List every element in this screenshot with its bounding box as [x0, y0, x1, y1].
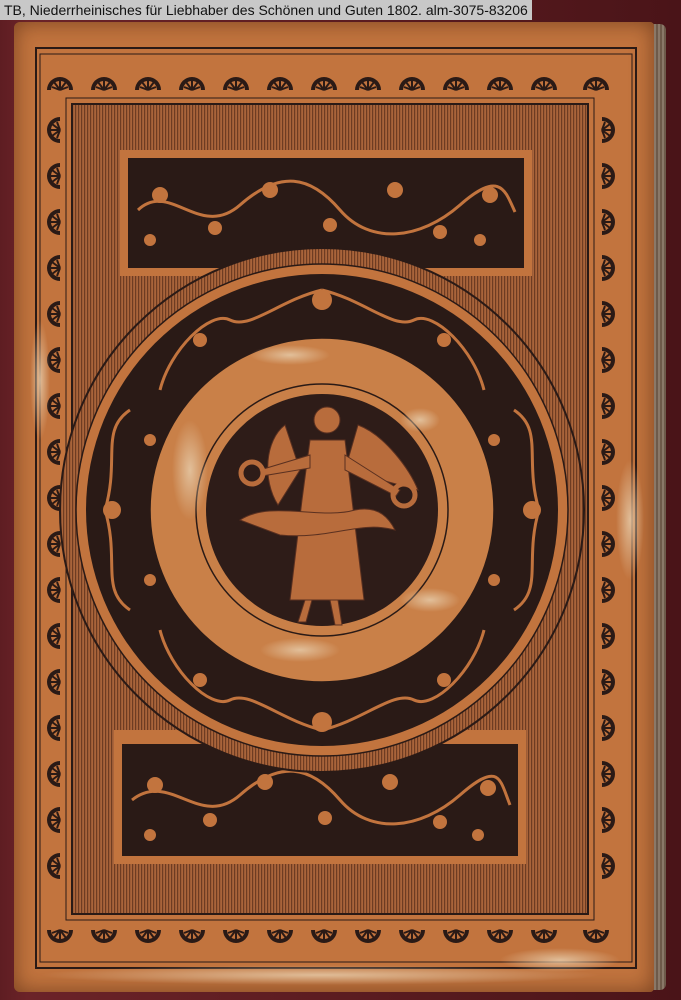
cover-ornament — [0, 0, 681, 1000]
palmette-border-left — [47, 117, 60, 879]
image-caption: TB, Niederrheinisches für Liebhaber des … — [0, 0, 532, 20]
palmette-border-right — [602, 117, 615, 879]
palmette-border-bottom — [47, 930, 609, 943]
palmette-border-top — [47, 77, 609, 90]
